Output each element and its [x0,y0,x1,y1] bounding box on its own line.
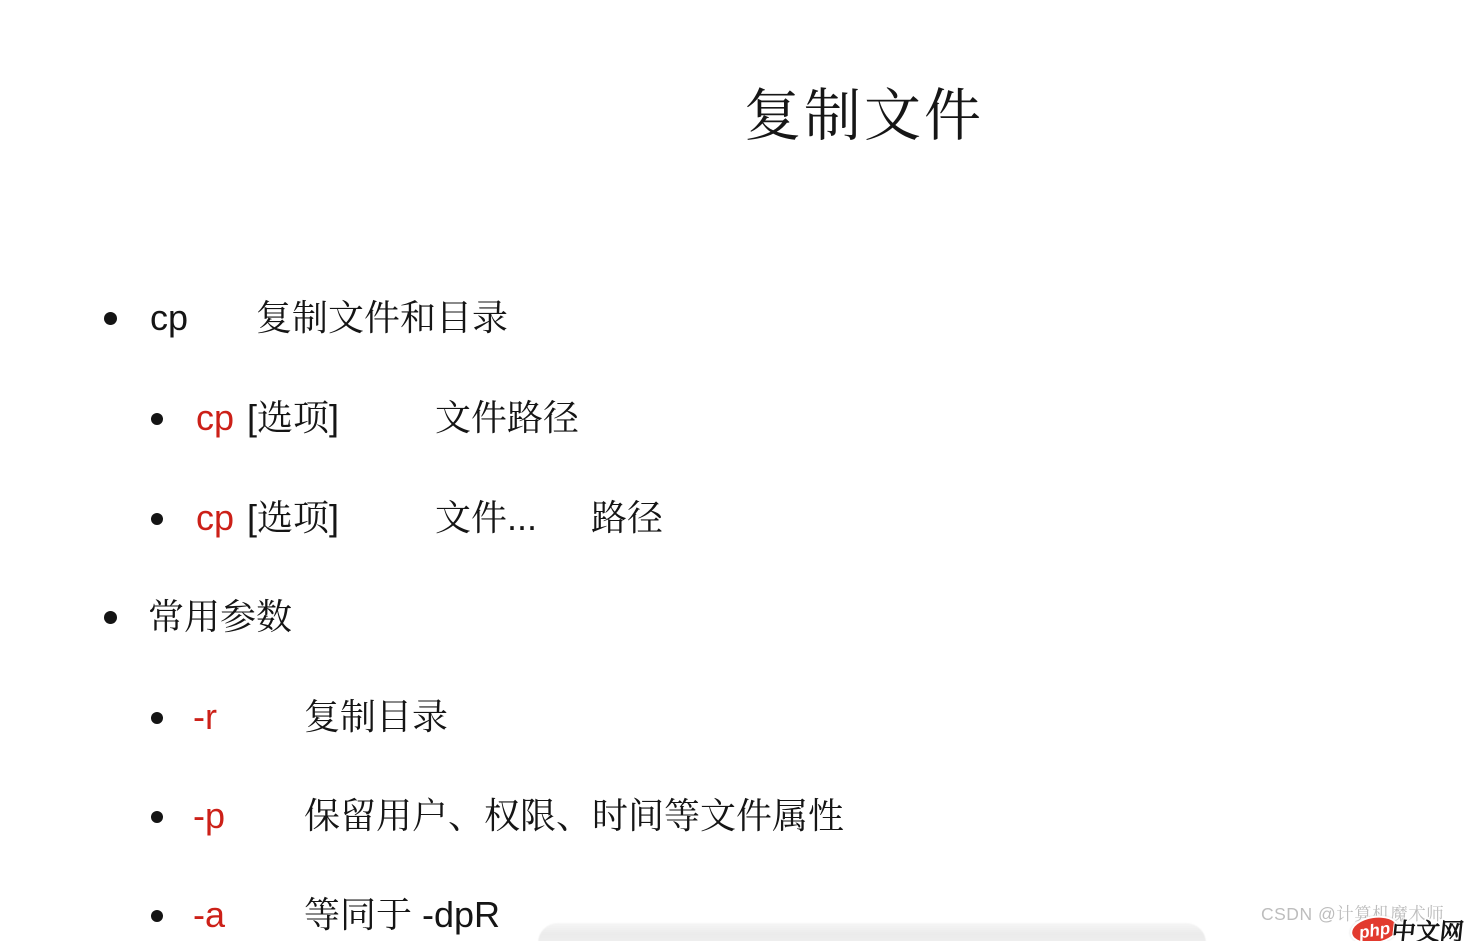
list-item-cp-syntax-1: cp [选项] 文件路径 [0,392,1467,444]
param-flag: -p [193,790,225,842]
bullet-icon [151,910,163,922]
param-flag: -a [193,889,225,941]
list-item-param-p: -p 保留用户、权限、时间等文件属性 [0,790,1467,842]
list-item-cp-syntax-2: cp [选项] 文件... 路径 [0,492,1467,544]
bullet-icon [151,413,163,425]
page-title: 复制文件 [744,70,984,152]
slide-page: 复制文件 cp 复制文件和目录 cp [选项] 文件路径 cp [选项] 文件.… [0,0,1467,941]
list-item-common-params: 常用参数 [0,591,1467,643]
list-item-param-r: -r 复制目录 [0,691,1467,743]
command-desc: 文件... [435,492,537,544]
bullet-icon [151,513,163,525]
command-term: cp [150,292,188,344]
command-desc: 文件路径 [435,392,579,444]
command-term: cp [196,492,234,544]
param-desc: 等同于 -dpR [304,889,500,941]
bullet-icon [151,712,163,724]
command-desc-2: 路径 [591,492,663,544]
bullet-icon [151,811,163,823]
section-label: 常用参数 [148,591,292,643]
command-options: [选项] [247,492,339,544]
command-term: cp [196,392,234,444]
bullet-icon [104,312,117,325]
list-item-cp: cp 复制文件和目录 [0,292,1467,344]
bottom-overlay-edge [538,923,1206,941]
command-options: [选项] [247,392,339,444]
php-logo-text: 中文网 [1390,912,1466,941]
param-desc: 保留用户、权限、时间等文件属性 [304,790,844,842]
bullet-icon [104,611,117,624]
param-desc: 复制目录 [304,691,448,743]
command-desc: 复制文件和目录 [256,292,508,344]
php-cn-logo: php 中文网 [1350,912,1464,941]
param-flag: -r [193,691,217,743]
